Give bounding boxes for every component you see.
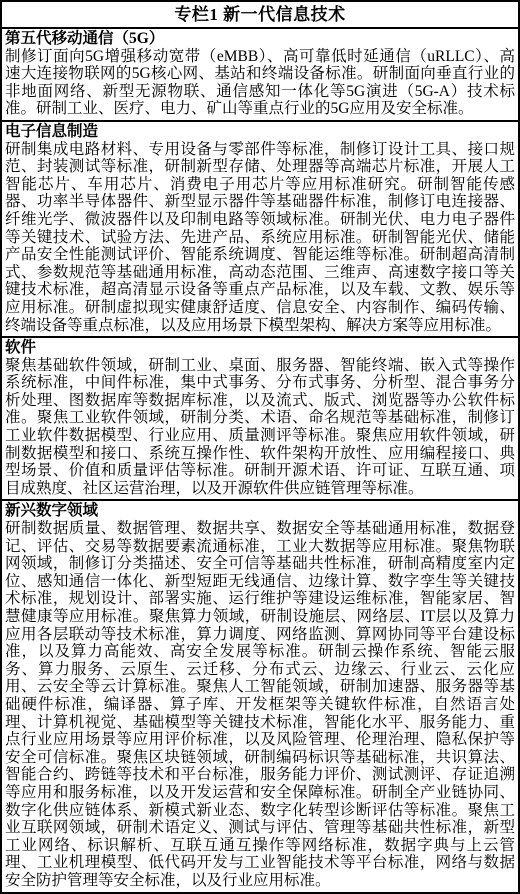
section-5g: 第五代移动通信（5G） 制修订面向5G增强移动宽带（eMBB）、高可靠低时延通信… [2,29,518,122]
page-title: 专栏1 新一代信息技术 [2,2,518,29]
section-emerging-digital-fields-body: 研制数据质量、数据管理、数据共享、数据安全等基础通用标准，数据登记、评估、交易等… [5,520,515,889]
info-tech-column-table: 专栏1 新一代信息技术 第五代移动通信（5G） 制修订面向5G增强移动宽带（eM… [0,0,520,894]
section-5g-body: 制修订面向5G增强移动宽带（eMBB）、高可靠低时延通信（uRLLC）、高速大连… [5,48,515,118]
section-emerging-digital-fields-heading: 新兴数字领域 [5,502,515,520]
section-emerging-digital-fields: 新兴数字领域 研制数据质量、数据管理、数据共享、数据安全等基础通用标准，数据登记… [2,501,518,891]
section-electronic-info-manufacturing-body: 研制集成电路材料、专用设备与零部件等标准，制修订设计工具、接口规范、封装测试等标… [5,141,515,335]
section-electronic-info-manufacturing: 电子信息制造 研制集成电路材料、专用设备与零部件等标准，制修订设计工具、接口规范… [2,122,518,338]
section-software-heading: 软件 [5,339,515,357]
section-electronic-info-manufacturing-heading: 电子信息制造 [5,123,515,141]
section-software: 软件 聚焦基础软件领域，研制工业、桌面、服务器、智能终端、嵌入式等操作系统标准，… [2,338,518,501]
section-software-body: 聚焦基础软件领域，研制工业、桌面、服务器、智能终端、嵌入式等操作系统标准，中间件… [5,357,515,498]
section-5g-heading: 第五代移动通信（5G） [5,30,515,48]
